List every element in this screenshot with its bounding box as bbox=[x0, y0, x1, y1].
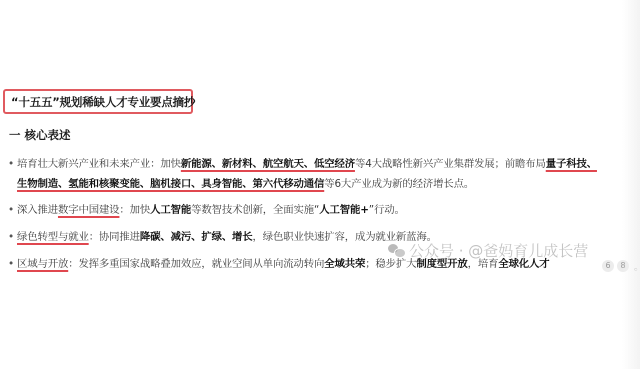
highlighted-title-box: “十五五”规划稀缺人才专业要点摘抄 bbox=[3, 89, 193, 114]
key-term: 数字中国建设 bbox=[58, 204, 119, 216]
key-term: 全球化人才 bbox=[498, 258, 549, 270]
text-run: ：发挥多重国家战略叠加效应，就业空间从单向流动转向 bbox=[68, 258, 324, 270]
text-run: 等6大产业成为新的经济增长点。 bbox=[324, 178, 474, 190]
text-run: 培育壮大新兴产业和未来产业：加快 bbox=[17, 158, 181, 170]
bullet-item-digital-china: •深入推进数字中国建设：加快人工智能等数智技术创新，全面实施“人工智能+”行动。 bbox=[8, 200, 405, 220]
key-term: 全域共荣 bbox=[324, 258, 365, 270]
section-heading: 一 核心表述 bbox=[9, 127, 71, 143]
bullet-dot-icon: • bbox=[8, 200, 17, 220]
document-page: “十五五”规划稀缺人才专业要点摘抄 一 核心表述 •培育壮大新兴产业和未来产业：… bbox=[0, 0, 640, 369]
text-run: ：协同推进 bbox=[89, 231, 140, 243]
key-term: 区域与开放 bbox=[17, 258, 68, 270]
bullet-item-emerging-industries: •培育壮大新兴产业和未来产业：加快新能源、新材料、航空航天、低空经济等4大战略性… bbox=[8, 154, 597, 194]
key-term: 新能源、新材料、航空航天、低空经济 bbox=[181, 158, 355, 170]
page-title: “十五五”规划稀缺人才专业要点摘抄 bbox=[11, 94, 195, 110]
bullet-dot-icon: • bbox=[8, 227, 17, 247]
text-run: ：加快 bbox=[119, 204, 150, 216]
key-term: 量子科技、 bbox=[546, 158, 597, 170]
text-run: ，培育 bbox=[468, 258, 499, 270]
text-run: 等4大战略性新兴产业集群发展；前瞻布局 bbox=[355, 158, 546, 170]
bullet-line-continuation: 生物制造、氢能和核聚变能、脑机接口、具身智能、第六代移动通信等6大产业成为新的经… bbox=[8, 174, 597, 194]
bullet-item-regional-opening: •区域与开放：发挥多重国家战略叠加效应，就业空间从单向流动转向全域共荣；稳步扩大… bbox=[8, 254, 550, 274]
text-run: ”行动。 bbox=[369, 204, 405, 216]
right-edge-shadow bbox=[622, 0, 640, 369]
page-dot[interactable]: 6 bbox=[602, 260, 614, 272]
key-term: 人工智能+ bbox=[319, 204, 369, 216]
bullet-item-green-transition: •绿色转型与就业：协同推进降碳、减污、扩绿、增长，绿色职业快速扩容，成为就业新蓝… bbox=[8, 227, 437, 247]
text-run: 深入推进 bbox=[17, 204, 58, 216]
key-term: 制度型开放 bbox=[416, 258, 467, 270]
text-run: ，绿色职业快速扩容，成为就业新蓝海。 bbox=[253, 231, 437, 243]
key-term: 生物制造、氢能和核聚变能、脑机接口、具身智能、第六代移动通信 bbox=[17, 178, 324, 190]
key-term: 绿色转型与就业 bbox=[17, 231, 89, 243]
bullet-line: •培育壮大新兴产业和未来产业：加快新能源、新材料、航空航天、低空经济等4大战略性… bbox=[8, 154, 597, 174]
bullet-dot-icon: • bbox=[8, 254, 17, 274]
text-run: 等数智技术创新，全面实施“ bbox=[191, 204, 319, 216]
key-term: 人工智能 bbox=[150, 204, 191, 216]
bullet-dot-icon: • bbox=[8, 154, 17, 174]
key-term: 降碳、减污、扩绿、增长 bbox=[140, 231, 253, 243]
text-run: ；稳步扩大 bbox=[365, 258, 416, 270]
